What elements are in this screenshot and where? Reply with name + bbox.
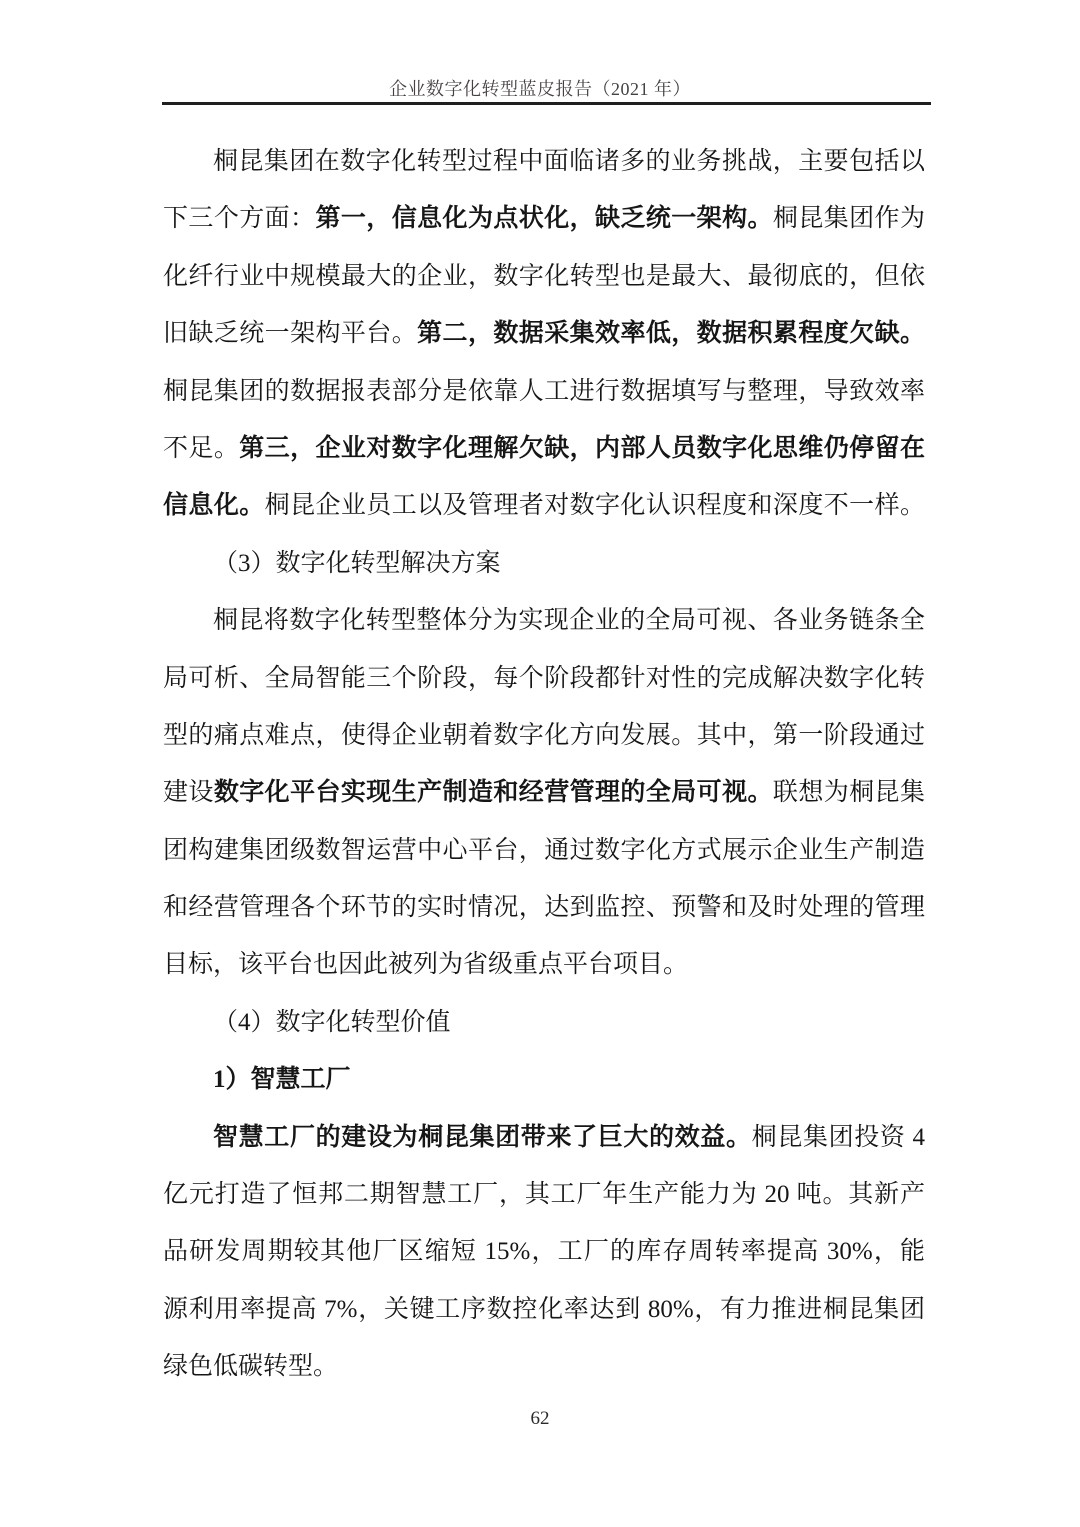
text-line: 品研发周期较其他厂区缩短 15%，工厂的库存周转率提高 30%，能 bbox=[163, 1223, 925, 1280]
text-line: 局可析、全局智能三个阶段，每个阶段都针对性的完成解决数字化转 bbox=[163, 650, 925, 707]
text-run: 型的痛点难点，使得企业朝着数字化方向发展。其中，第一阶段通过 bbox=[163, 722, 925, 749]
document-body: 桐昆集团在数字化转型过程中面临诸多的业务挑战，主要包括以下三个方面：第一，信息化… bbox=[163, 133, 925, 1396]
text-line: 源利用率提高 7%，关键工序数控化率达到 80%，有力推进桐昆集团 bbox=[163, 1281, 925, 1338]
text-run: 不足。 bbox=[163, 435, 239, 462]
text-run: 联想为桐昆集 bbox=[773, 779, 925, 806]
header-divider bbox=[162, 102, 931, 105]
text-run: 源利用率提高 7%，关键工序数控化率达到 80%，有力推进桐昆集团 bbox=[163, 1296, 925, 1323]
text-run: 桐昆集团投资 4 bbox=[752, 1124, 925, 1151]
text-run: 团构建集团级数智运营中心平台，通过数字化方式展示企业生产制造 bbox=[163, 837, 925, 864]
text-line: 桐昆将数字化转型整体分为实现企业的全局可视、各业务链条全 bbox=[163, 592, 925, 649]
text-run: 目标，该平台也因此被列为省级重点平台项目。 bbox=[163, 951, 688, 978]
bold-text-run: 数字化平台实现生产制造和经营管理的全局可视。 bbox=[214, 779, 773, 806]
text-line: 亿元打造了恒邦二期智慧工厂，其工厂年生产能力为 20 吨。其新产 bbox=[163, 1166, 925, 1223]
page-number: 62 bbox=[0, 1408, 1080, 1430]
text-run: 下三个方面： bbox=[163, 205, 315, 232]
text-line: 旧缺乏统一架构平台。第二，数据采集效率低，数据积累程度欠缺。 bbox=[163, 305, 925, 362]
bold-text-run: 第二，数据采集效率低，数据积累程度欠缺。 bbox=[417, 320, 925, 347]
text-line: 信息化。桐昆企业员工以及管理者对数字化认识程度和深度不一样。 bbox=[163, 477, 925, 534]
text-line: 建设数字化平台实现生产制造和经营管理的全局可视。联想为桐昆集 bbox=[163, 764, 925, 821]
text-line: 不足。第三，企业对数字化理解欠缺，内部人员数字化思维仍停留在 bbox=[163, 420, 925, 477]
text-run: （3）数字化转型解决方案 bbox=[213, 550, 501, 577]
text-run: 和经营管理各个环节的实时情况，达到监控、预警和及时处理的管理 bbox=[163, 894, 925, 921]
bold-text-run: 信息化。 bbox=[163, 492, 265, 519]
text-run: 桐昆企业员工以及管理者对数字化认识程度和深度不一样。 bbox=[265, 492, 925, 519]
text-line: 1）智慧工厂 bbox=[163, 1051, 925, 1108]
text-line: （4）数字化转型价值 bbox=[163, 994, 925, 1051]
text-line: （3）数字化转型解决方案 bbox=[163, 535, 925, 592]
text-line: 团构建集团级数智运营中心平台，通过数字化方式展示企业生产制造 bbox=[163, 822, 925, 879]
text-run: 建设 bbox=[163, 779, 214, 806]
text-run: 品研发周期较其他厂区缩短 15%，工厂的库存周转率提高 30%，能 bbox=[163, 1238, 925, 1265]
text-line: 下三个方面：第一，信息化为点状化，缺乏统一架构。桐昆集团作为 bbox=[163, 190, 925, 247]
text-line: 型的痛点难点，使得企业朝着数字化方向发展。其中，第一阶段通过 bbox=[163, 707, 925, 764]
text-line: 桐昆集团的数据报表部分是依靠人工进行数据填写与整理，导致效率 bbox=[163, 363, 925, 420]
text-line: 化纤行业中规模最大的企业，数字化转型也是最大、最彻底的，但依 bbox=[163, 248, 925, 305]
bold-text-run: 智慧工厂的建设为桐昆集团带来了巨大的效益。 bbox=[213, 1124, 752, 1151]
text-line: 和经营管理各个环节的实时情况，达到监控、预警和及时处理的管理 bbox=[163, 879, 925, 936]
text-run: 桐昆将数字化转型整体分为实现企业的全局可视、各业务链条全 bbox=[213, 607, 925, 634]
text-run: 桐昆集团的数据报表部分是依靠人工进行数据填写与整理，导致效率 bbox=[163, 378, 925, 405]
text-run: 桐昆集团在数字化转型过程中面临诸多的业务挑战，主要包括以 bbox=[213, 148, 925, 175]
text-run: 绿色低碳转型。 bbox=[163, 1353, 338, 1380]
bold-text-run: 第三，企业对数字化理解欠缺，内部人员数字化思维仍停留在 bbox=[239, 435, 925, 462]
text-run: （4）数字化转型价值 bbox=[213, 1009, 451, 1036]
document-page: 企业数字化转型蓝皮报告（2021 年） 桐昆集团在数字化转型过程中面临诸多的业务… bbox=[0, 0, 1080, 1527]
text-line: 桐昆集团在数字化转型过程中面临诸多的业务挑战，主要包括以 bbox=[163, 133, 925, 190]
text-run: 局可析、全局智能三个阶段，每个阶段都针对性的完成解决数字化转 bbox=[163, 665, 925, 692]
bold-text-run: 第一，信息化为点状化，缺乏统一架构。 bbox=[315, 205, 772, 232]
text-line: 目标，该平台也因此被列为省级重点平台项目。 bbox=[163, 936, 925, 993]
text-run: 桐昆集团作为 bbox=[773, 205, 925, 232]
text-run: 旧缺乏统一架构平台。 bbox=[163, 320, 417, 347]
page-header-title: 企业数字化转型蓝皮报告（2021 年） bbox=[0, 75, 1080, 101]
text-run: 亿元打造了恒邦二期智慧工厂，其工厂年生产能力为 20 吨。其新产 bbox=[163, 1181, 925, 1208]
bold-text-run: 1）智慧工厂 bbox=[213, 1066, 351, 1093]
text-line: 智慧工厂的建设为桐昆集团带来了巨大的效益。桐昆集团投资 4 bbox=[163, 1109, 925, 1166]
text-line: 绿色低碳转型。 bbox=[163, 1338, 925, 1395]
text-run: 化纤行业中规模最大的企业，数字化转型也是最大、最彻底的，但依 bbox=[163, 263, 925, 290]
